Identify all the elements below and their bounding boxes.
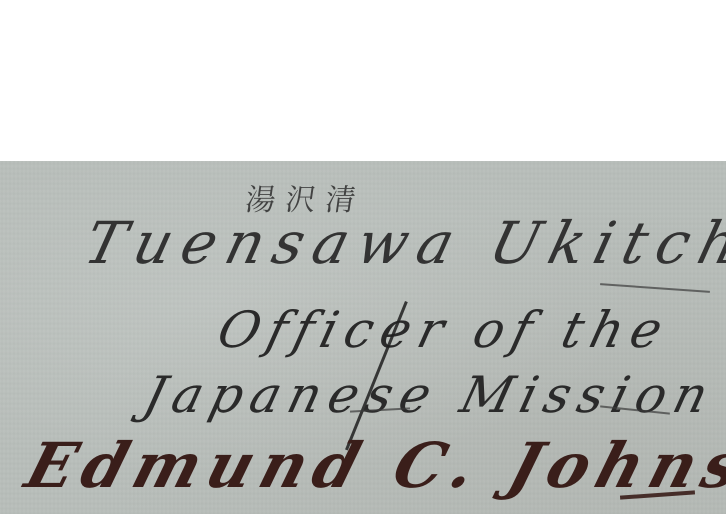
handwritten-name-line: Tuensawa Ukitchee — [78, 209, 726, 277]
signature: Edmund C. Johnson — [18, 429, 726, 502]
pen-flourish — [600, 283, 710, 293]
handwritten-title-line: Officer of the — [212, 301, 676, 359]
blank-margin — [0, 0, 726, 161]
document-paper: 湯沢清 Tuensawa Ukitchee Officer of the Jap… — [0, 161, 726, 514]
handwritten-affiliation-line: Japanese Mission — [138, 366, 722, 424]
